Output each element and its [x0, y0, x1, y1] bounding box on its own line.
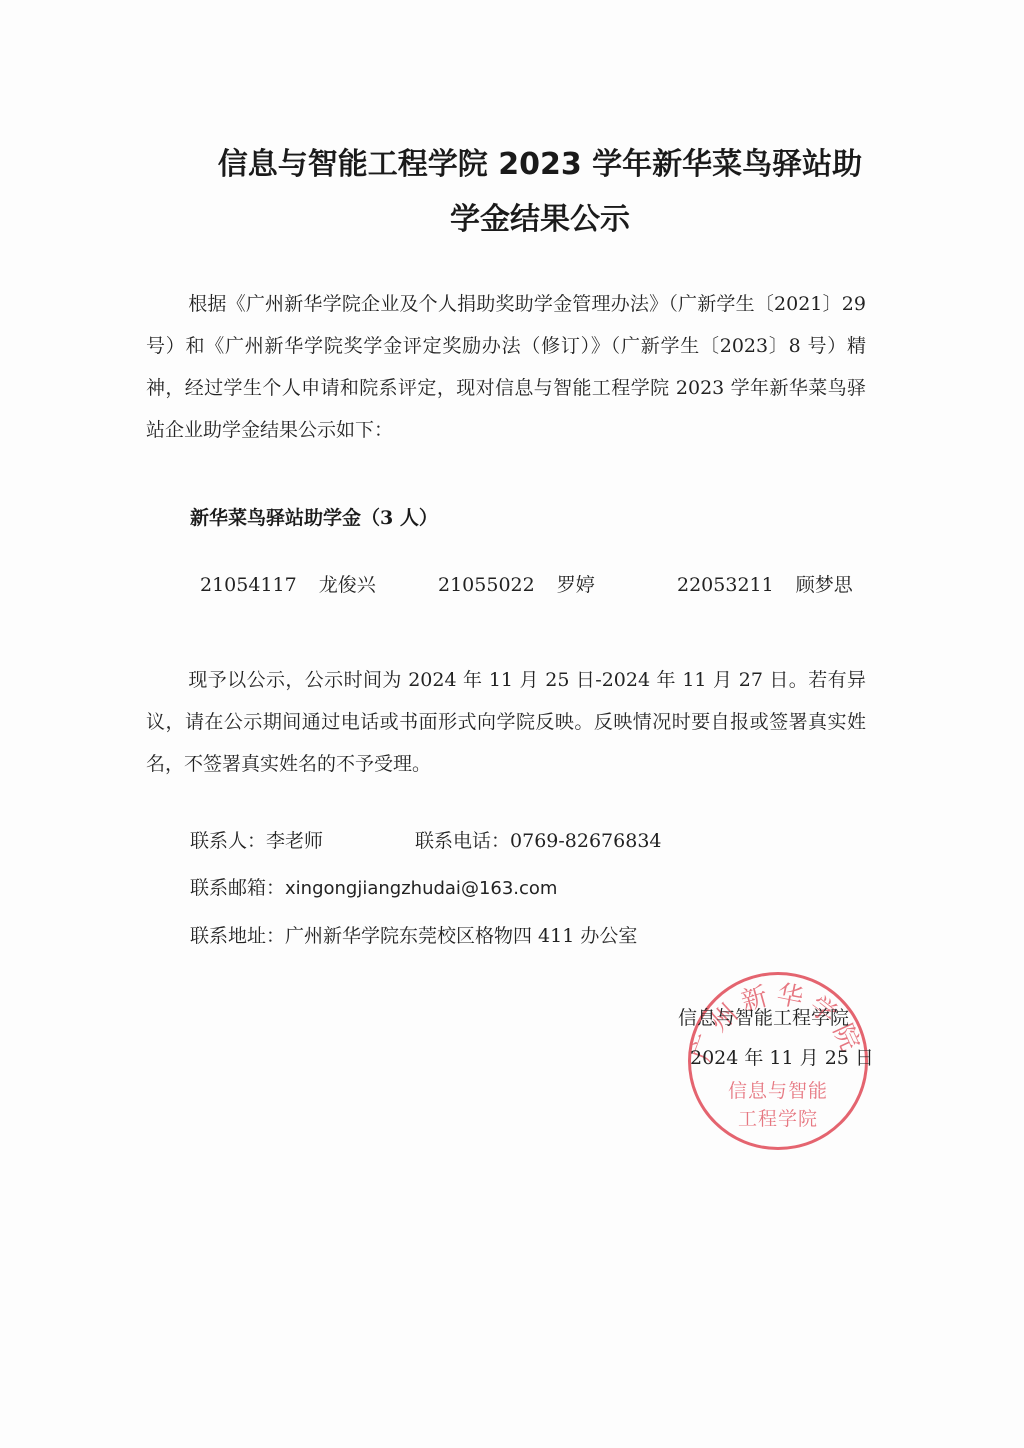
contact-person-value: 李老师	[266, 830, 323, 852]
signature-date: 2024 年 11 月 25 日	[690, 1043, 874, 1070]
student-id: 21054117	[200, 574, 297, 596]
document-title-line-1: 信息与智能工程学院 2023 学年新华菜鸟驿站助	[0, 139, 1024, 183]
contact-phone: 联系电话：0769-82676834	[415, 826, 662, 853]
contact-person: 联系人：李老师	[190, 826, 323, 853]
notice-paragraph: 现予以公示，公示时间为 2024 年 11 月 25 日-2024 年 11 月…	[146, 659, 866, 785]
contact-address-label: 联系地址：	[190, 925, 285, 947]
contact-email-value[interactable]: xingongjiangzhudai@163.com	[285, 878, 557, 899]
contact-address: 联系地址：广州新华学院东莞校区格物四 411 办公室	[190, 921, 637, 948]
signature-organization: 信息与智能工程学院	[678, 1003, 849, 1030]
contact-phone-value: 0769-82676834	[510, 830, 661, 852]
contact-email: 联系邮箱：xingongjiangzhudai@163.com	[190, 873, 557, 900]
stamp-center-line-1: 信息与智能	[688, 1076, 868, 1103]
stamp-center-line-2: 工程学院	[688, 1104, 868, 1131]
student-id: 21055022	[438, 574, 535, 596]
contact-phone-label: 联系电话：	[415, 830, 510, 852]
student-name: 罗婷	[557, 574, 595, 596]
recipient-item: 21055022罗婷	[438, 570, 595, 597]
document-page: 信息与智能工程学院 2023 学年新华菜鸟驿站助 学金结果公示 根据《广州新华学…	[0, 0, 1024, 1448]
contact-email-label: 联系邮箱：	[190, 877, 285, 899]
notice-paragraph-text: 现予以公示，公示时间为 2024 年 11 月 25 日-2024 年 11 月…	[146, 669, 866, 775]
student-id: 22053211	[677, 574, 774, 596]
contact-address-value: 广州新华学院东莞校区格物四 411 办公室	[285, 925, 637, 947]
recipient-item: 21054117龙俊兴	[200, 570, 376, 597]
intro-paragraph: 根据《广州新华学院企业及个人捐助奖助学金管理办法》（广新学生〔2021〕29 号…	[146, 283, 866, 451]
recipient-list: 21054117龙俊兴 21055022罗婷 22053211顾梦思	[0, 570, 1024, 602]
section-heading: 新华菜鸟驿站助学金（3 人）	[190, 503, 438, 530]
document-title-line-2: 学金结果公示	[0, 194, 1024, 238]
student-name: 龙俊兴	[319, 574, 376, 596]
intro-paragraph-text: 根据《广州新华学院企业及个人捐助奖助学金管理办法》（广新学生〔2021〕29 号…	[146, 293, 866, 441]
contact-person-label: 联系人：	[190, 830, 266, 852]
student-name: 顾梦思	[796, 574, 853, 596]
recipient-item: 22053211顾梦思	[677, 570, 853, 597]
